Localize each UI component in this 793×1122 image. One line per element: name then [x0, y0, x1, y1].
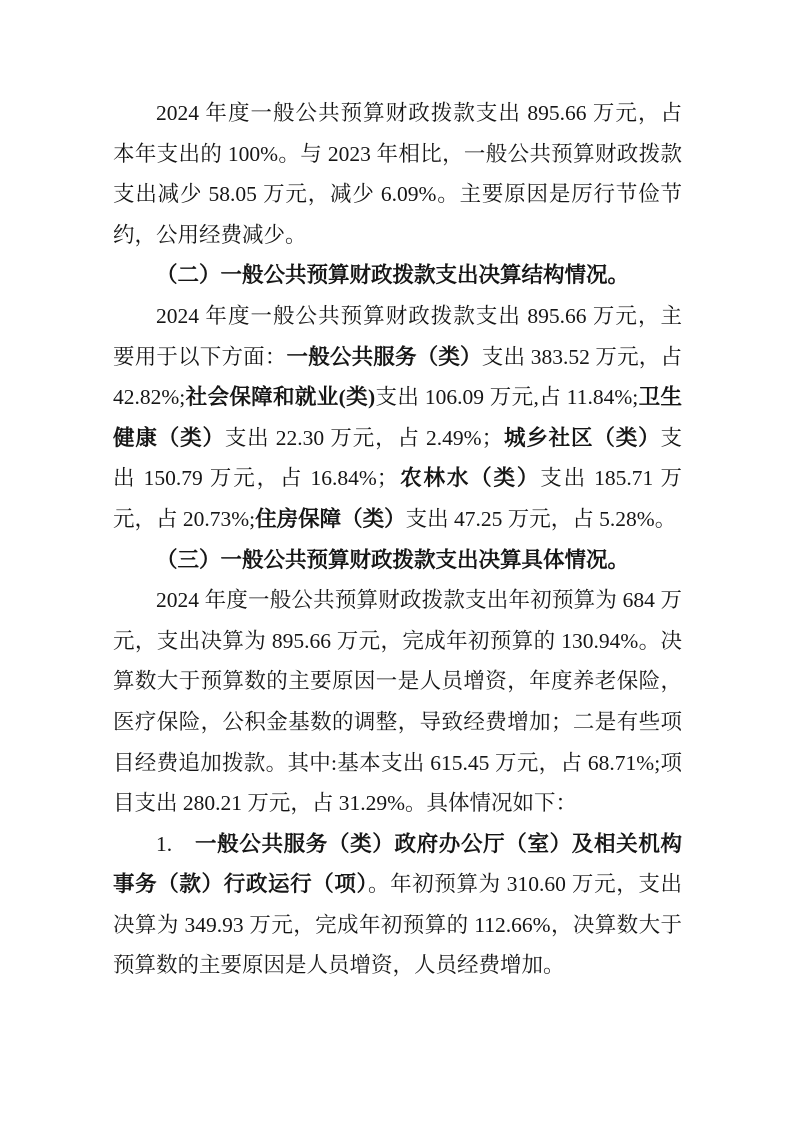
text-run-category-agriculture-forestry-water: 农林水（类） [398, 466, 540, 490]
para-expenditure-details-overview: 2024 年度一般公共预算财政拨款支出年初预算为 684 万元，支出决算为 89… [113, 580, 682, 824]
text-run-item-number: 1. [156, 832, 195, 856]
text-run: 支出 22.30 万元，占 2.49%； [225, 426, 503, 450]
text-run: （二）一般公共预算财政拨款支出决算结构情况。 [156, 263, 629, 287]
document-page: 2024 年度一般公共预算财政拨款支出 895.66 万元，占本年支出的 100… [0, 0, 793, 1122]
text-run: 支出 106.09 万元,占 11.84%; [375, 385, 638, 409]
text-run-category-housing-security: 住房保障（类） [255, 507, 406, 531]
para-item-1-administrative-operation: 1. 一般公共服务（类）政府办公厅（室）及相关机构事务（款）行政运行（项）。年初… [113, 824, 682, 986]
heading-section-3-expenditure-details: （三）一般公共预算财政拨款支出决算具体情况。 [113, 540, 682, 581]
para-expenditure-structure-breakdown: 2024 年度一般公共预算财政拨款支出 895.66 万元，主要用于以下方面：一… [113, 296, 682, 540]
text-run-category-social-security-employment: 社会保障和就业(类) [185, 385, 375, 409]
text-run: 支出 47.25 万元，占 5.28%。 [406, 507, 677, 531]
para-budget-expenditure-summary: 2024 年度一般公共预算财政拨款支出 895.66 万元，占本年支出的 100… [113, 93, 682, 255]
text-run: 2024 年度一般公共预算财政拨款支出年初预算为 684 万元，支出决算为 89… [113, 588, 682, 815]
text-run-category-general-public-services: 一般公共服务（类） [287, 345, 482, 369]
text-run: （三）一般公共预算财政拨款支出决算具体情况。 [156, 548, 629, 572]
text-run-category-urban-rural-community: 城乡社区（类） [503, 426, 660, 450]
text-run: 2024 年度一般公共预算财政拨款支出 895.66 万元，占本年支出的 100… [113, 101, 682, 247]
heading-section-2-expenditure-structure: （二）一般公共预算财政拨款支出决算结构情况。 [113, 255, 682, 296]
